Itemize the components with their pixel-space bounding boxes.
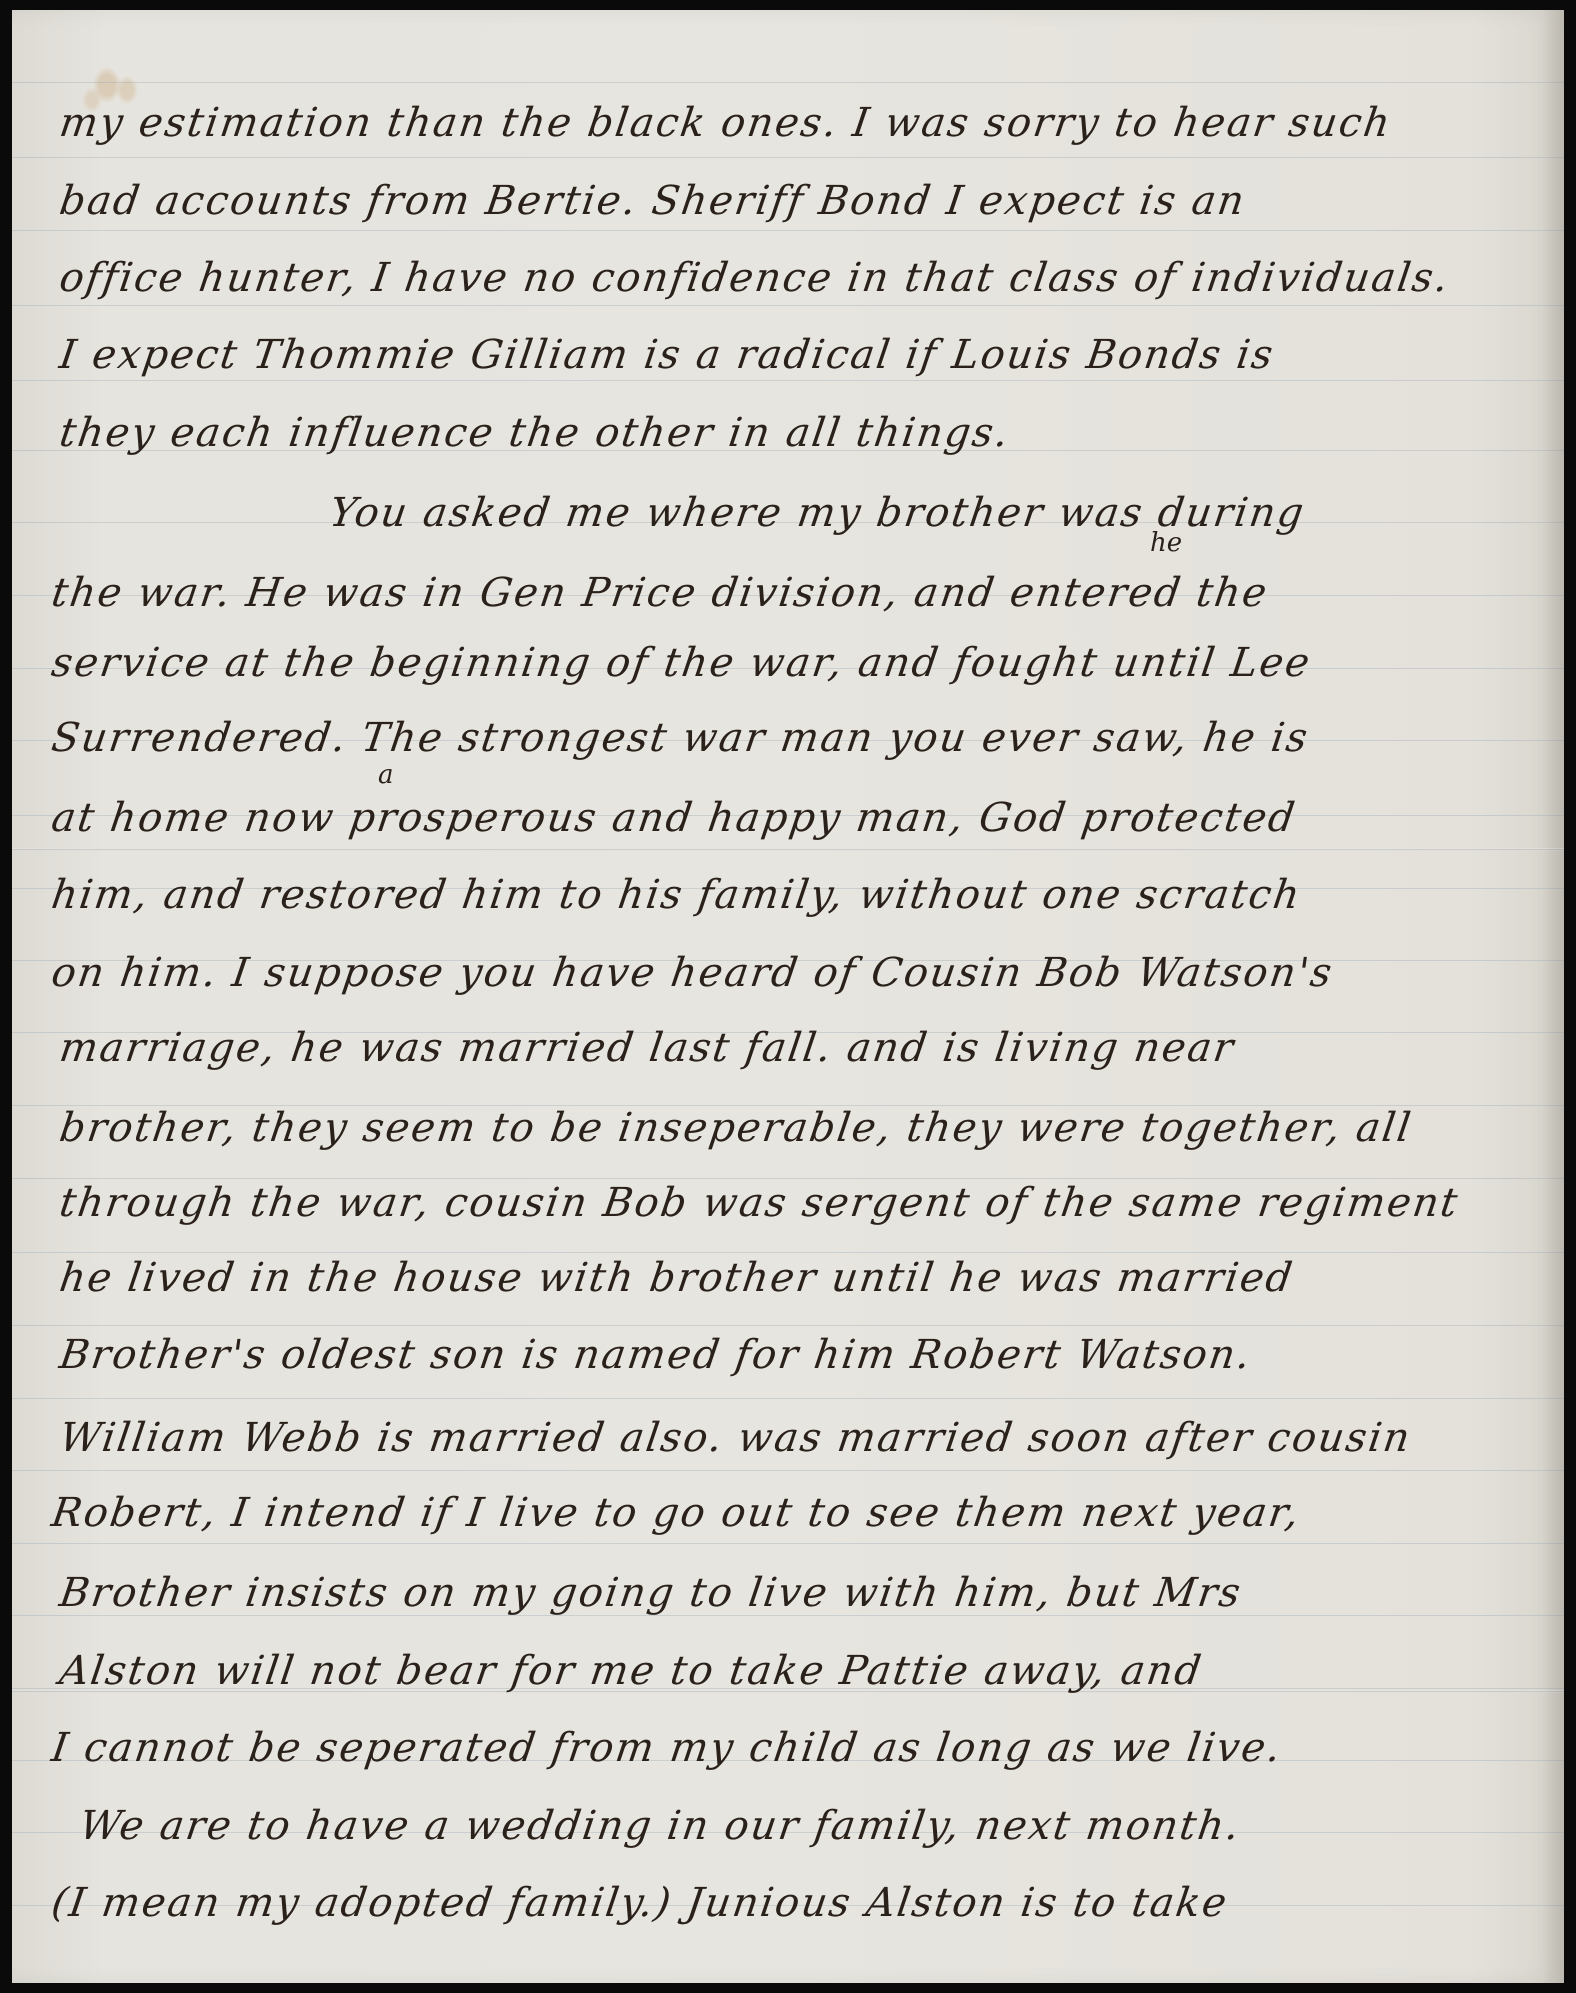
text-line: Brother's oldest son is named for him Ro… <box>57 1332 1255 1378</box>
text-line: bad accounts from Bertie. Sheriff Bond I… <box>57 178 1249 224</box>
ruled-line <box>12 1398 1564 1399</box>
text-line: Alston will not bear for me to take Patt… <box>57 1648 1206 1694</box>
text-line: office hunter, I have no confidence in t… <box>57 255 1453 301</box>
text-line: service at the beginning of the war, and… <box>49 640 1315 686</box>
text-line: through the war, cousin Bob was sergent … <box>57 1180 1462 1226</box>
ruled-line <box>12 305 1564 306</box>
ruled-line <box>12 1470 1564 1471</box>
paper-edge-shadow <box>1542 10 1564 1983</box>
text-line: (I mean my adopted family.) Junious Alst… <box>49 1880 1231 1926</box>
fold-crease <box>12 848 1564 851</box>
text-line: they each influence the other in all thi… <box>57 410 1013 456</box>
ruled-line <box>12 82 1564 83</box>
ruled-line <box>12 1252 1564 1253</box>
text-line: the war. He was in Gen Price division, a… <box>49 570 1272 616</box>
text-line: my estimation than the black ones. I was… <box>57 100 1395 146</box>
ruled-line <box>12 1178 1564 1179</box>
text-line: Surrendered. The strongest war man you e… <box>49 715 1312 761</box>
ruled-line <box>12 230 1564 231</box>
ruled-line <box>12 157 1564 158</box>
text-line: at home now prosperous and happy man, Go… <box>49 795 1300 841</box>
ruled-line <box>12 380 1564 381</box>
text-line: William Webb is married also. was marrie… <box>57 1415 1415 1461</box>
text-line: I cannot be seperated from my child as l… <box>49 1725 1285 1771</box>
text-line: marriage, he was married last fall. and … <box>57 1025 1238 1071</box>
text-line: We are to have a wedding in our family, … <box>77 1803 1244 1849</box>
text-line: he lived in the house with brother until… <box>57 1255 1297 1301</box>
text-line: brother, they seem to be inseperable, th… <box>57 1105 1415 1151</box>
ruled-line <box>12 1325 1564 1326</box>
text-line: him, and restored him to his family, wit… <box>49 872 1305 918</box>
text-line: Robert, I intend if I live to go out to … <box>49 1490 1304 1536</box>
text-line: Brother insists on my going to live with… <box>57 1570 1245 1616</box>
text-line: I expect Thommie Gilliam is a radical if… <box>57 332 1278 378</box>
text-line: on him. I suppose you have heard of Cous… <box>49 950 1337 996</box>
letter-page: my estimation than the black ones. I was… <box>12 10 1564 1983</box>
insertion-mark: he <box>1150 528 1182 558</box>
ruled-line <box>12 1543 1564 1544</box>
insertion-mark: a <box>378 760 394 790</box>
